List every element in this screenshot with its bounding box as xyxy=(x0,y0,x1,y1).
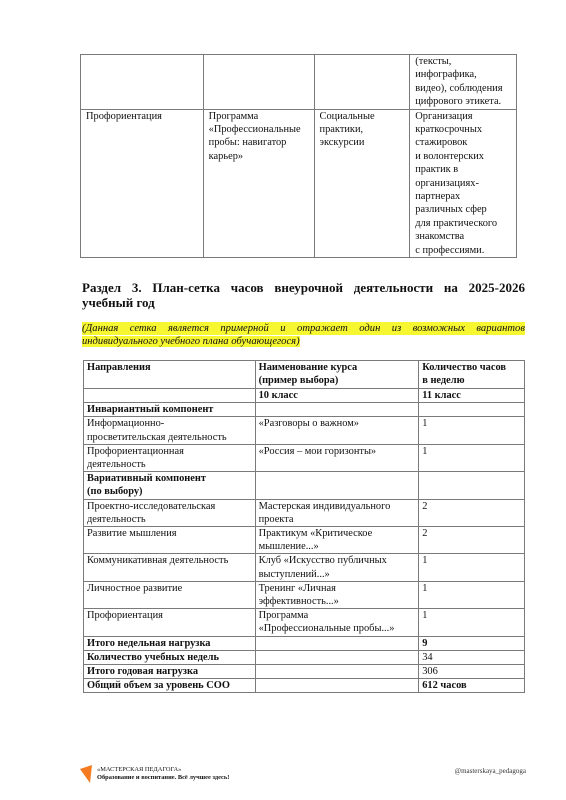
course-cell xyxy=(255,665,419,679)
direction-cell: Общий объем за уровень СОО xyxy=(84,679,256,693)
hours-cell: 2 xyxy=(419,499,525,526)
title-word: часов xyxy=(231,280,264,295)
course-cell: Мастерская индивидуальногопроекта xyxy=(255,499,419,526)
hours-cell: 1 xyxy=(419,554,525,581)
table-row: Количество учебных недель34 xyxy=(84,650,525,664)
direction-cell: Информационно-просветительская деятельно… xyxy=(84,417,256,444)
header-row: НаправленияНаименование курса(пример выб… xyxy=(84,361,525,389)
subheader-row: 10 класс11 класс xyxy=(84,389,525,403)
direction-cell: Коммуникативная деятельность xyxy=(84,554,256,581)
table-row: ПрофориентацияПрограмма«Профессиональные… xyxy=(81,109,517,257)
hours-cell: 34 xyxy=(419,650,525,664)
table-cell: Организациякраткосрочныхстажировоки воло… xyxy=(410,109,517,257)
table-row: Информационно-просветительская деятельно… xyxy=(84,417,525,444)
direction-cell: Итого годовая нагрузка xyxy=(84,665,256,679)
course-cell xyxy=(255,650,419,664)
note-word: примерной xyxy=(220,322,269,335)
direction-cell: Профориентация xyxy=(84,609,256,636)
direction-cell: Развитие мышления xyxy=(84,527,256,554)
course-cell xyxy=(255,403,419,417)
title-word: План-сетка xyxy=(152,280,220,295)
direction-cell: Проектно-исследовательскаядеятельность xyxy=(84,499,256,526)
note-word: отражает xyxy=(297,322,348,335)
note-line1: (Даннаясеткаявляетсяпримернойиотражаетод… xyxy=(82,322,525,335)
title-word: внеурочной xyxy=(274,280,343,295)
note-word: сетка xyxy=(130,322,157,335)
direction-cell: Личностное развитие xyxy=(84,581,256,608)
table-cell: Профориентация xyxy=(81,109,204,257)
title-word: 2025-2026 xyxy=(469,280,525,295)
direction-cell: Вариативный компонент(по выбору) xyxy=(84,472,256,499)
note-word: один xyxy=(359,322,380,335)
table-row: Вариативный компонент(по выбору) xyxy=(84,472,525,499)
title-word: на xyxy=(444,280,458,295)
table-row: Развитие мышленияПрактикум «Критическоем… xyxy=(84,527,525,554)
section-title-line1: Раздел3.План-сеткачасоввнеурочнойдеятель… xyxy=(82,280,525,295)
direction-cell: Итого недельная нагрузка xyxy=(84,636,256,650)
note-word: из xyxy=(392,322,401,335)
table-row: Общий объем за уровень СОО612 часов xyxy=(84,679,525,693)
course-cell xyxy=(255,636,419,650)
table-row: Инвариантный компонент xyxy=(84,403,525,417)
note-line2: индивидуального учебного плана обучающег… xyxy=(82,336,300,347)
highlighted-note: (Даннаясеткаявляетсяпримернойиотражаетод… xyxy=(82,322,525,348)
course-cell: «Разговоры о важном» xyxy=(255,417,419,444)
activities-table: (тексты,инфографика,видео), соблюденияци… xyxy=(80,54,517,258)
course-cell xyxy=(255,472,419,499)
hours-cell xyxy=(419,472,525,499)
note-word: возможных xyxy=(413,322,465,335)
direction-cell xyxy=(84,389,256,403)
note-word: является xyxy=(168,322,209,335)
hours-cell: 1 xyxy=(419,581,525,608)
table-cell: (тексты,инфографика,видео), соблюденияци… xyxy=(410,55,517,110)
hours-cell: 1 xyxy=(419,444,525,471)
course-cell: Программа«Профессиональные пробы...» xyxy=(255,609,419,636)
hours-plan-table: НаправленияНаименование курса(пример выб… xyxy=(83,360,525,693)
table-cell xyxy=(81,55,204,110)
table-cell: Программа«Профессиональныепробы: навигат… xyxy=(203,109,314,257)
direction-cell: Направления xyxy=(84,361,256,389)
hours-cell: 11 класс xyxy=(419,389,525,403)
hours-cell: 9 xyxy=(419,636,525,650)
course-cell: «Россия – мои горизонты» xyxy=(255,444,419,471)
table-cell: Социальныепрактики,экскурсии xyxy=(314,109,410,257)
table-row: Личностное развитиеТренинг «Личнаяэффект… xyxy=(84,581,525,608)
hours-cell: 2 xyxy=(419,527,525,554)
hours-cell: Количество часовв неделю xyxy=(419,361,525,389)
brand-block: «МАСТЕРСКАЯ ПЕДАГОГА» Образование и восп… xyxy=(97,766,229,782)
course-cell: Тренинг «Личнаяэффективность...» xyxy=(255,581,419,608)
brand-tagline: Образование и воспитание. Всё лучшее зде… xyxy=(97,774,229,782)
section-title: Раздел3.План-сеткачасоввнеурочнойдеятель… xyxy=(82,280,525,310)
hours-cell: 1 xyxy=(419,417,525,444)
brand-name: «МАСТЕРСКАЯ ПЕДАГОГА» xyxy=(97,766,229,774)
hours-cell: 306 xyxy=(419,665,525,679)
note-word: вариантов xyxy=(476,322,525,335)
social-handle: @masterskaya_pedagoga xyxy=(455,767,526,775)
title-word: Раздел xyxy=(82,280,121,295)
course-cell: Клуб «Искусство публичныхвыступлений...» xyxy=(255,554,419,581)
brand-logo-icon xyxy=(80,765,92,783)
page-footer: «МАСТЕРСКАЯ ПЕДАГОГА» Образование и восп… xyxy=(80,765,526,789)
course-cell: 10 класс xyxy=(255,389,419,403)
course-cell: Наименование курса(пример выбора) xyxy=(255,361,419,389)
hours-cell xyxy=(419,403,525,417)
direction-cell: Профориентационнаядеятельность xyxy=(84,444,256,471)
direction-cell: Количество учебных недель xyxy=(84,650,256,664)
table-row: Итого годовая нагрузка306 xyxy=(84,665,525,679)
course-cell: Практикум «Критическоемышление...» xyxy=(255,527,419,554)
hours-cell: 612 часов xyxy=(419,679,525,693)
table-cell xyxy=(314,55,410,110)
table-row: (тексты,инфографика,видео), соблюденияци… xyxy=(81,55,517,110)
table-row: Итого недельная нагрузка9 xyxy=(84,636,525,650)
table-row: Коммуникативная деятельностьКлуб «Искусс… xyxy=(84,554,525,581)
note-word: (Данная xyxy=(82,322,118,335)
title-word: деятельности xyxy=(354,280,433,295)
section-title-line2: учебный год xyxy=(82,295,525,310)
course-cell xyxy=(255,679,419,693)
hours-cell: 1 xyxy=(419,609,525,636)
direction-cell: Инвариантный компонент xyxy=(84,403,256,417)
table-row: Профориентационнаядеятельность«Россия – … xyxy=(84,444,525,471)
table-row: ПрофориентацияПрограмма«Профессиональные… xyxy=(84,609,525,636)
table-cell xyxy=(203,55,314,110)
table-row: Проектно-исследовательскаядеятельностьМа… xyxy=(84,499,525,526)
title-word: 3. xyxy=(132,280,142,295)
note-word: и xyxy=(280,322,285,335)
